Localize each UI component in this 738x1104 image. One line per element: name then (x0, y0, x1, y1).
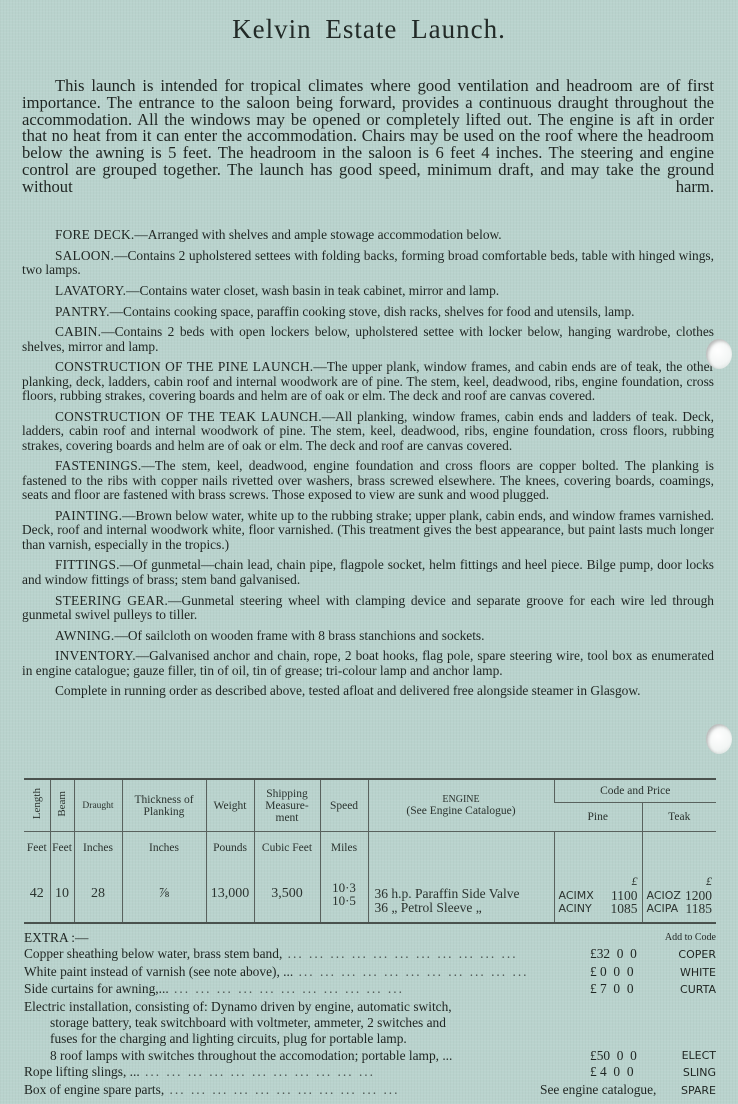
unit-weight: Pounds (206, 832, 254, 867)
extras-section: EXTRA :— Add to Code Copper sheathing be… (24, 930, 716, 1099)
extra-description: White paint instead of varnish (see note… (24, 964, 590, 980)
spec-item: Complete in running order as described a… (22, 684, 714, 698)
spec-heading: AWNING. (55, 628, 114, 643)
intro-text: This launch is intended for tropical cli… (22, 78, 714, 196)
spec-heading: CONSTRUCTION OF THE PINE LAUNCH. (55, 359, 313, 374)
catalogue-page: Kelvin Estate Launch. This launch is int… (0, 0, 738, 1104)
spec-list: FORE DECK.—Arranged with shelves and amp… (22, 228, 714, 705)
extra-price: £ 4 0 0 (590, 1064, 660, 1080)
extra-item: Electric installation, consisting of: Dy… (24, 999, 716, 1065)
spec-item: CONSTRUCTION OF THE PINE LAUNCH.—The upp… (22, 360, 714, 403)
extra-code: COPER (660, 947, 716, 963)
spec-item: SALOON.—Contains 2 upholstered settees w… (22, 249, 714, 278)
spec-text: Complete in running order as described a… (55, 683, 641, 698)
spec-item: PANTRY.—Contains cooking space, paraffin… (22, 305, 714, 319)
spec-item: FASTENINGS.—The stem, keel, deadwood, en… (22, 459, 714, 502)
value-draught: 28 (74, 866, 122, 923)
header-weight: Weight (206, 780, 254, 832)
spec-text: —Brown below water, white up to the rubb… (22, 508, 714, 552)
value-speed: 10·310·5 (320, 866, 368, 923)
spec-heading: PANTRY. (55, 304, 110, 319)
unit-shipping: Cubic Feet (254, 832, 320, 867)
spec-text: —Contains 2 beds with open lockers below… (22, 324, 714, 353)
unit-thickness: Inches (122, 832, 206, 867)
spec-heading: FITTINGS. (55, 557, 120, 572)
spec-item: STEERING GEAR.—Gunmetal steering wheel w… (22, 594, 714, 623)
value-thickness: ⅞ (122, 866, 206, 923)
extra-code: SPARE (660, 1083, 716, 1099)
spec-heading: CABIN. (55, 324, 101, 339)
extra-item: Copper sheathing below water, brass stem… (24, 946, 716, 963)
extras-title: EXTRA :— (24, 930, 88, 946)
spec-item: AWNING.—Of sailcloth on wooden frame wit… (22, 629, 714, 643)
spec-heading: INVENTORY. (55, 648, 136, 663)
extra-item: Side curtains for awning,... ... ... ...… (24, 981, 716, 998)
value-length: 42 (24, 866, 50, 923)
header-thickness: Thickness of Planking (122, 780, 206, 832)
header-pine: Pine (554, 803, 642, 832)
value-shipping: 3,500 (254, 866, 320, 923)
spec-item: CABIN.—Contains 2 beds with open lockers… (22, 325, 714, 354)
unit-speed: Miles (320, 832, 368, 867)
spec-heading: PAINTING. (55, 508, 122, 523)
spec-item: FORE DECK.—Arranged with shelves and amp… (22, 228, 714, 242)
spec-heading: SALOON. (55, 248, 114, 263)
extra-price: £ 0 0 0 (590, 964, 660, 980)
spec-text: —Arranged with shelves and ample stowage… (134, 227, 501, 242)
extra-description: Side curtains for awning,... ... ... ...… (24, 981, 590, 997)
extra-item: White paint instead of varnish (see note… (24, 964, 716, 981)
extra-price: See engine catalogue, (540, 1082, 660, 1098)
header-speed: Speed (320, 780, 368, 832)
extra-code: CURTA (660, 982, 716, 998)
value-pine: £ ACIMX1100 ACINY1085 (554, 866, 642, 923)
add-to-code-label: Add to Code (665, 930, 716, 946)
extra-description: Electric installation, consisting of: Dy… (24, 999, 590, 1065)
unit-beam: Feet (50, 832, 74, 867)
extra-price: £ 7 0 0 (590, 981, 660, 997)
spec-text: —Contains water closet, wash basin in te… (126, 283, 499, 298)
header-beam: Beam (50, 780, 74, 832)
spec-item: LAVATORY.—Contains water closet, wash ba… (22, 284, 714, 298)
extra-description: Box of engine spare parts, ... ... ... .… (24, 1082, 540, 1098)
punched-hole (706, 724, 732, 754)
extra-description: Rope lifting slings, ... ... ... ... ...… (24, 1064, 590, 1080)
spec-heading: FASTENINGS. (55, 458, 141, 473)
value-weight: 13,000 (206, 866, 254, 923)
header-draught: Draught (74, 780, 122, 832)
spec-heading: FORE DECK. (55, 227, 134, 242)
spec-item: FITTINGS.—Of gunmetal—chain lead, chain … (22, 558, 714, 587)
spec-text: —Contains cooking space, paraffin cookin… (110, 304, 635, 319)
extra-item: Box of engine spare parts, ... ... ... .… (24, 1082, 716, 1099)
header-length: Length (24, 780, 50, 832)
unit-length: Feet (24, 832, 50, 867)
extra-price: £32 0 0 (590, 946, 660, 962)
unit-draught: Inches (74, 832, 122, 867)
value-teak: £ ACIOZ1200 ACIPA1185 (642, 866, 716, 923)
spec-text: —Of sailcloth on wooden frame with 8 bra… (114, 628, 484, 643)
spec-text: —Of gunmetal—chain lead, chain pipe, fla… (22, 557, 714, 586)
extra-code: SLING (660, 1065, 716, 1081)
spec-text: —Contains 2 upholstered settees with fol… (22, 248, 714, 277)
value-engine: 36 h.p. Paraffin Side Valve 36 „ Petrol … (368, 866, 554, 923)
spec-heading: LAVATORY. (55, 283, 126, 298)
header-code-price: Code and Price (554, 780, 716, 803)
spec-heading: CONSTRUCTION OF THE TEAK LAUNCH. (55, 409, 322, 424)
punched-hole (706, 339, 732, 369)
header-engine: ENGINE (See Engine Catalogue) (368, 780, 554, 832)
spec-heading: STEERING GEAR. (55, 593, 168, 608)
spec-item: PAINTING.—Brown below water, white up to… (22, 509, 714, 552)
header-teak: Teak (642, 803, 716, 832)
specification-table: Length Beam Draught Thickness of Plankin… (24, 780, 716, 924)
intro-paragraph: This launch is intended for tropical cli… (22, 78, 714, 196)
header-shipping: Shipping Measure-ment (254, 780, 320, 832)
spec-item: CONSTRUCTION OF THE TEAK LAUNCH.—All pla… (22, 410, 714, 453)
extra-price: £50 0 0 (590, 1048, 660, 1064)
extra-code: ELECT (660, 1048, 716, 1064)
value-beam: 10 (50, 866, 74, 923)
extra-code: WHITE (660, 965, 716, 981)
extra-description: Copper sheathing below water, brass stem… (24, 946, 590, 962)
page-title: Kelvin Estate Launch. (0, 14, 738, 45)
extra-item: Rope lifting slings, ... ... ... ... ...… (24, 1064, 716, 1081)
spec-item: INVENTORY.—Galvanised anchor and chain, … (22, 649, 714, 678)
